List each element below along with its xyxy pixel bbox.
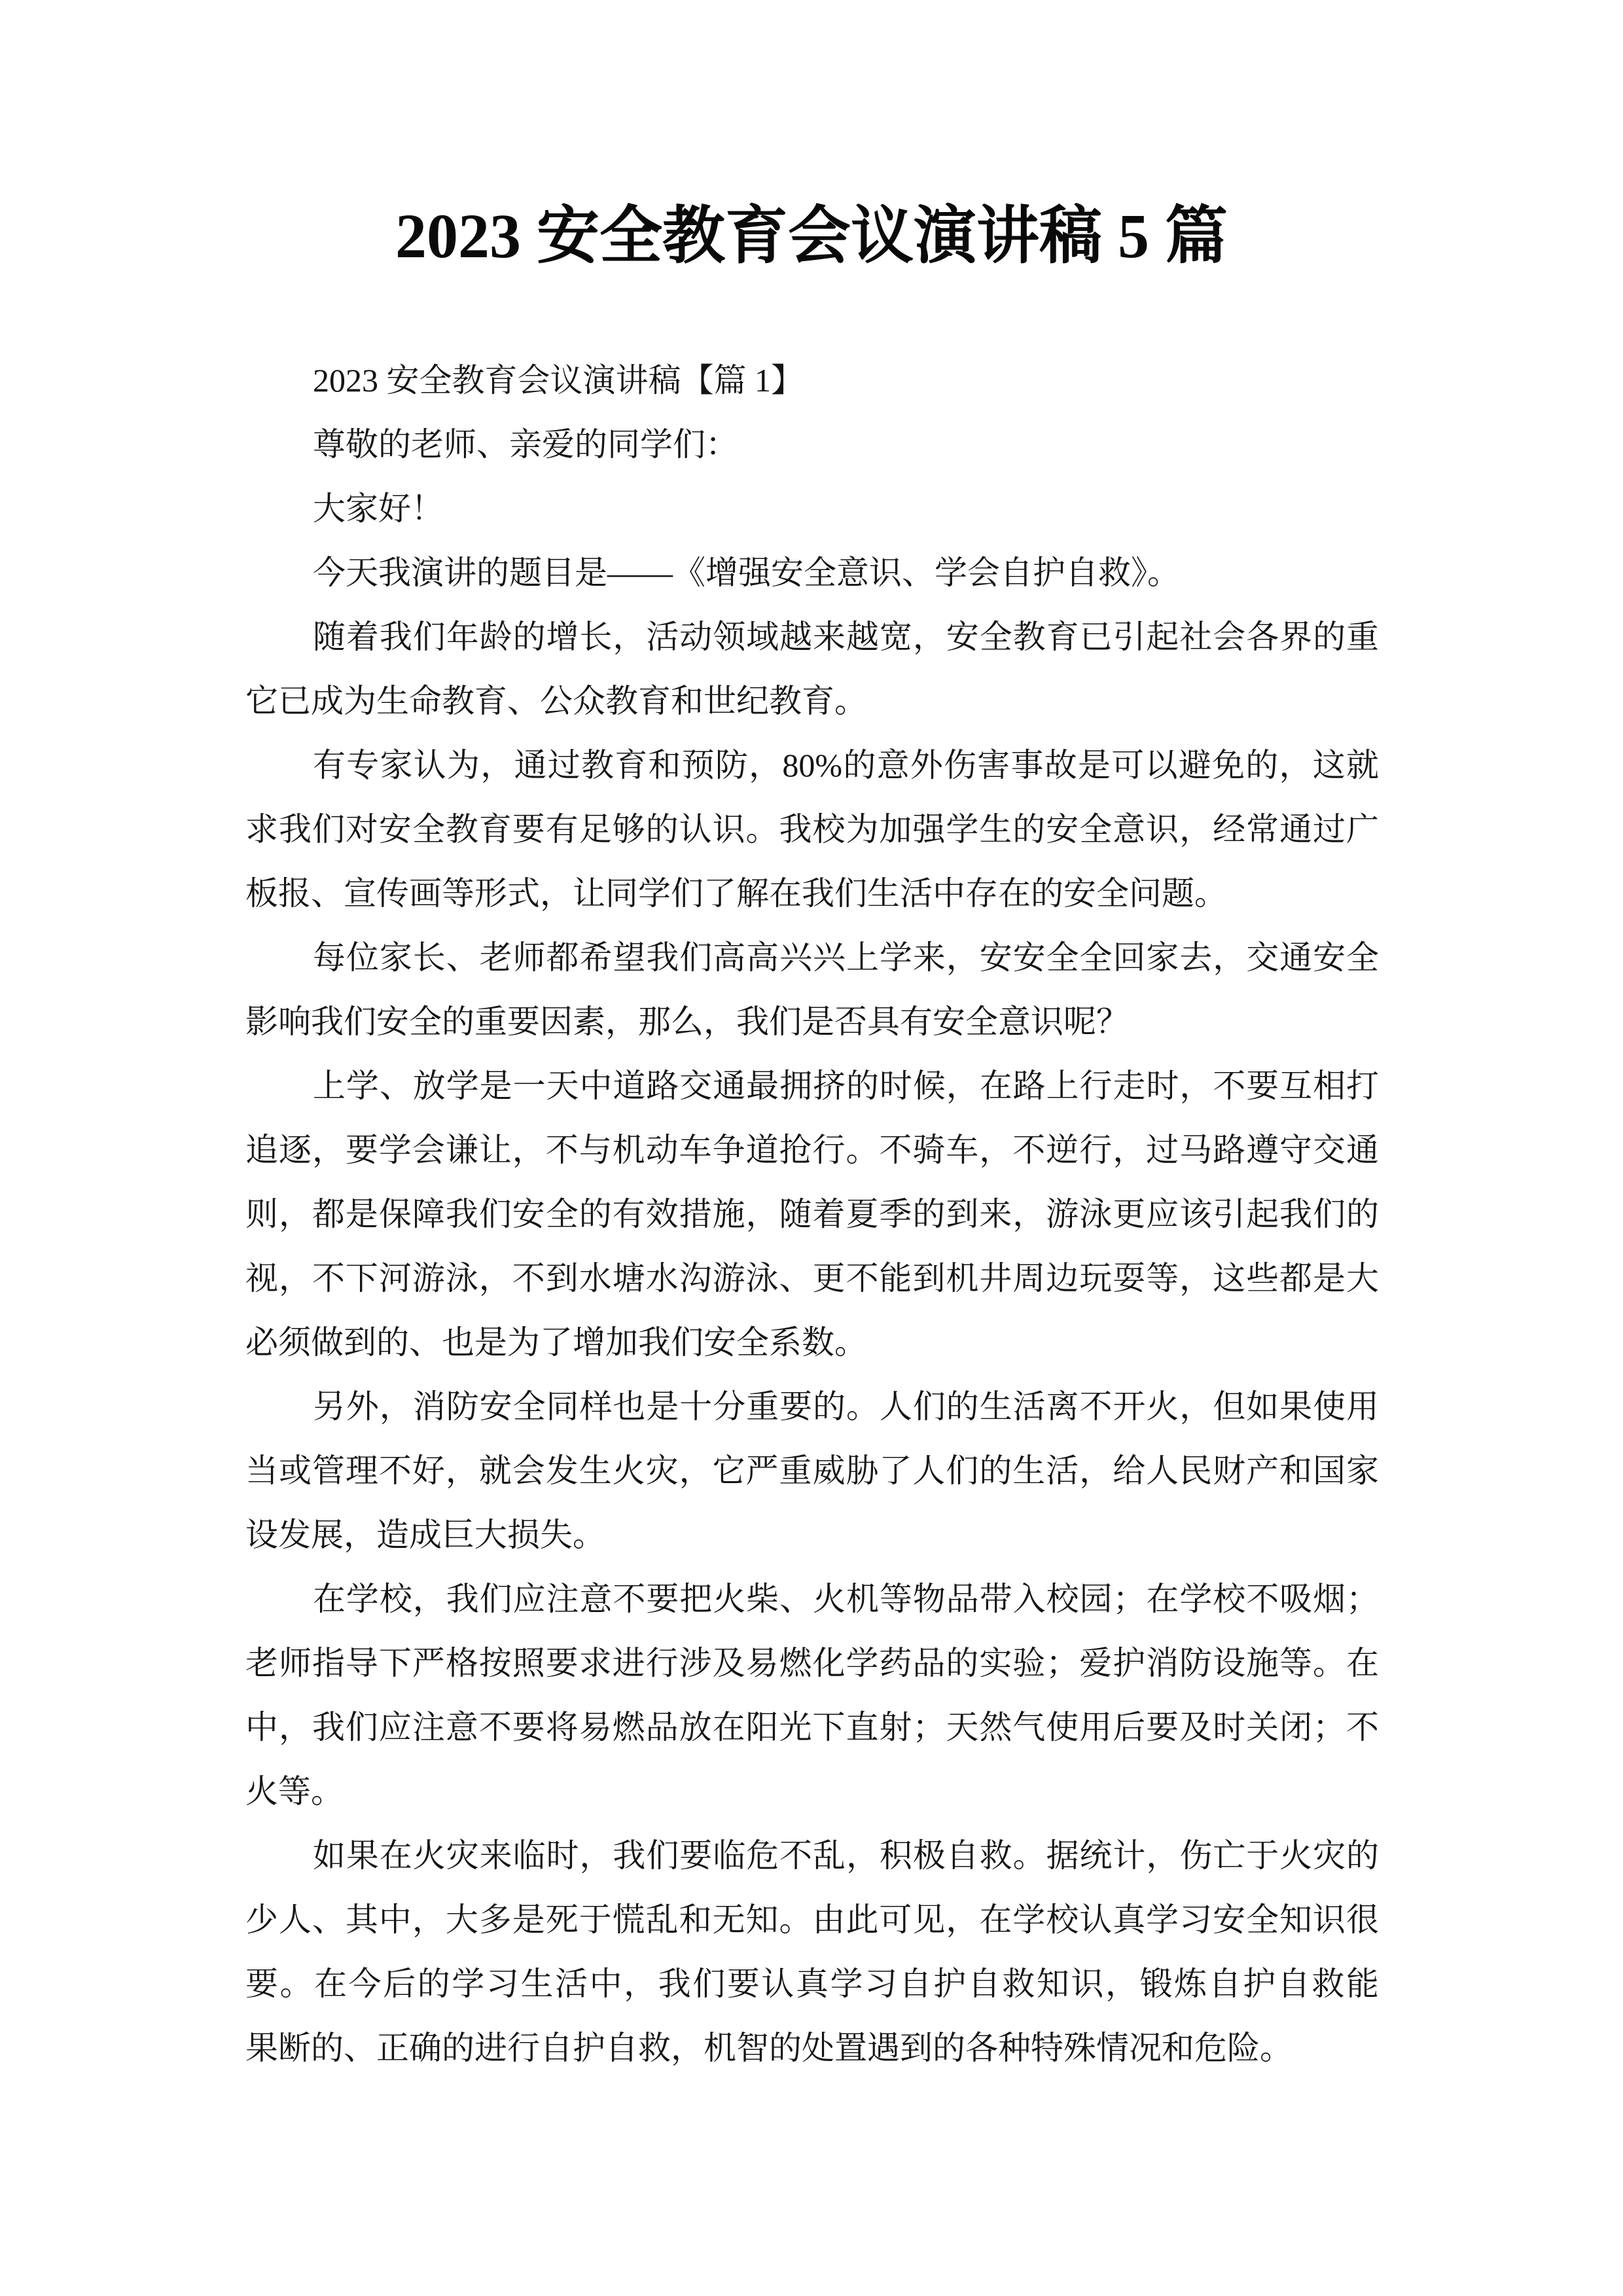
body-line: 今天我演讲的题目是——《增强安全意识、学会自护自救》。: [245, 541, 1379, 605]
body-line: 必须做到的、也是为了增加我们安全系数。: [245, 1310, 1379, 1374]
body-line: 影响我们安全的重要因素，那么，我们是否具有安全意识呢？: [245, 990, 1379, 1054]
body-line: 设发展，造成巨大损失。: [245, 1503, 1379, 1567]
document-body: 2023 安全教育会议演讲稿【篇 1】 尊敬的老师、亲爱的同学们： 大家好！ 今…: [245, 348, 1379, 2080]
body-line: 视，不下河游泳，不到水塘水沟游泳、更不能到机井周边玩耍等，这些都是大家: [245, 1246, 1379, 1310]
body-line: 果断的、正确的进行自护自救，机智的处置遇到的各种特殊情况和危险。: [245, 2016, 1379, 2080]
body-line: 尊敬的老师、亲爱的同学们：: [245, 412, 1379, 476]
body-line: 随着我们年龄的增长，活动领域越来越宽，安全教育已引起社会各界的重视。: [245, 605, 1379, 669]
body-line: 则，都是保障我们安全的有效措施，随着夏季的到来，游泳更应该引起我们的重: [245, 1182, 1379, 1246]
body-line: 老师指导下严格按照要求进行涉及易燃化学药品的实验；爱护消防设施等。在家: [245, 1631, 1379, 1695]
body-line: 如果在火灾来临时，我们要临危不乱，积极自救。据统计，伤亡于火灾的不: [245, 1823, 1379, 1888]
body-line: 上学、放学是一天中道路交通最拥挤的时候，在路上行走时，不要互相打闹、: [245, 1054, 1379, 1118]
body-line: 它已成为生命教育、公众教育和世纪教育。: [245, 669, 1379, 733]
document-page: 2023 安全教育会议演讲稿 5 篇 2023 安全教育会议演讲稿【篇 1】 尊…: [0, 0, 1623, 2296]
section-heading: 2023 安全教育会议演讲稿【篇 1】: [245, 348, 1379, 412]
body-line: 有专家认为，通过教育和预防，80%的意外伤害事故是可以避免的，这就要: [245, 733, 1379, 797]
body-line: 每位家长、老师都希望我们高高兴兴上学来，安安全全回家去，交通安全是: [245, 925, 1379, 990]
body-line: 要。在今后的学习生活中，我们要认真学习自护自救知识，锻炼自护自救能力，: [245, 1952, 1379, 2016]
body-line: 板报、宣传画等形式，让同学们了解在我们生活中存在的安全问题。: [245, 861, 1379, 925]
body-line: 在学校，我们应注意不要把火柴、火机等物品带入校园；在学校不吸烟；在: [245, 1567, 1379, 1631]
body-line: 另外，消防安全同样也是十分重要的。人们的生活离不开火，但如果使用不: [245, 1374, 1379, 1439]
body-line: 当或管理不好，就会发生火灾，它严重威胁了人们的生活，给人民财产和国家建: [245, 1439, 1379, 1503]
body-line: 火等。: [245, 1759, 1379, 1823]
body-line: 中，我们应注意不要将易燃品放在阳光下直射；天然气使用后要及时关闭；不玩: [245, 1695, 1379, 1759]
body-line: 追逐，要学会谦让，不与机动车争道抢行。不骑车，不逆行，过马路遵守交通规: [245, 1118, 1379, 1182]
body-line: 大家好！: [245, 476, 1379, 541]
body-line: 求我们对安全教育要有足够的认识。我校为加强学生的安全意识，经常通过广播、: [245, 797, 1379, 861]
body-line: 少人、其中，大多是死于慌乱和无知。由此可见，在学校认真学习安全知识很重: [245, 1888, 1379, 1952]
document-title: 2023 安全教育会议演讲稿 5 篇: [0, 200, 1623, 273]
